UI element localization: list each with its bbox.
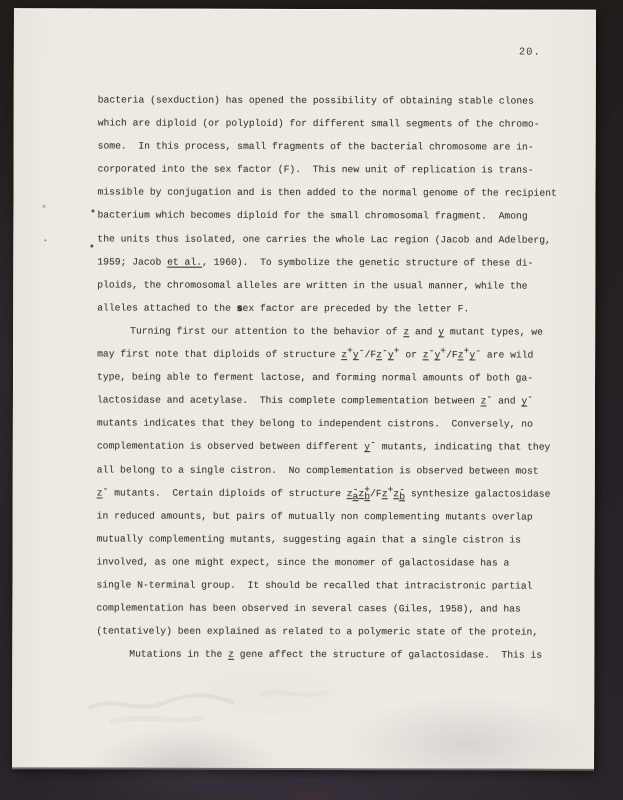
paper-speck [91,209,94,212]
text-line: which are diploid (or polyploid) for dif… [98,112,584,136]
scanned-page: 20. bacteria (sexduction) has opened the… [12,8,596,769]
text-line: mutually complementing mutants, suggesti… [97,527,583,551]
text-line: Turning first our attention to the behav… [97,319,583,343]
page-number: 20. [519,47,541,59]
text-line: some. In this process, small fragments o… [98,135,584,159]
text-line: lactosidase and acetylase. This complete… [97,389,583,413]
text-line: 1959; Jacob et al., 1960). To symbolize … [97,250,583,274]
text-line: complementation has been observed in sev… [96,597,582,621]
document-body: bacteria (sexduction) has opened the pos… [96,88,584,667]
pencil-scribble-decoration [82,673,342,734]
text-line: complementation is observed between diff… [97,435,583,459]
paper-speck [90,244,93,247]
text-line: the units thus isolated, one carries the… [97,227,583,251]
text-line: all belong to a single cistron. No compl… [97,458,583,482]
text-line: ploids, the chromosomal alleles are writ… [97,273,583,297]
text-line: mutants indicates that they belong to in… [97,412,583,436]
text-line: in reduced amounts, but pairs of mutuall… [97,504,583,528]
text-line: missible by conjugation and is then adde… [97,181,583,205]
text-line: involved, as one might expect, since the… [97,550,583,574]
text-line: alleles attached to the sex factor are p… [97,296,583,320]
text-line: single N-terminal group. It should be re… [96,573,582,597]
paper-speck [41,204,46,208]
text-line: Mutations in the z gene affect the struc… [96,643,582,667]
text-line: z- mutants. Certain diploids of structur… [97,481,583,505]
text-line: bacteria (sexduction) has opened the pos… [98,88,584,112]
text-line: (tentatively) been explained as related … [96,620,582,644]
scan-background: 20. bacteria (sexduction) has opened the… [0,0,623,800]
text-line: bacterium which becomes diploid for the … [97,204,583,228]
text-line: may first note that diploids of structur… [97,342,583,366]
paper-speck [44,239,46,241]
text-line: corporated into the sex factor (F). This… [98,158,584,182]
text-line: type, being able to ferment lactose, and… [97,366,583,390]
